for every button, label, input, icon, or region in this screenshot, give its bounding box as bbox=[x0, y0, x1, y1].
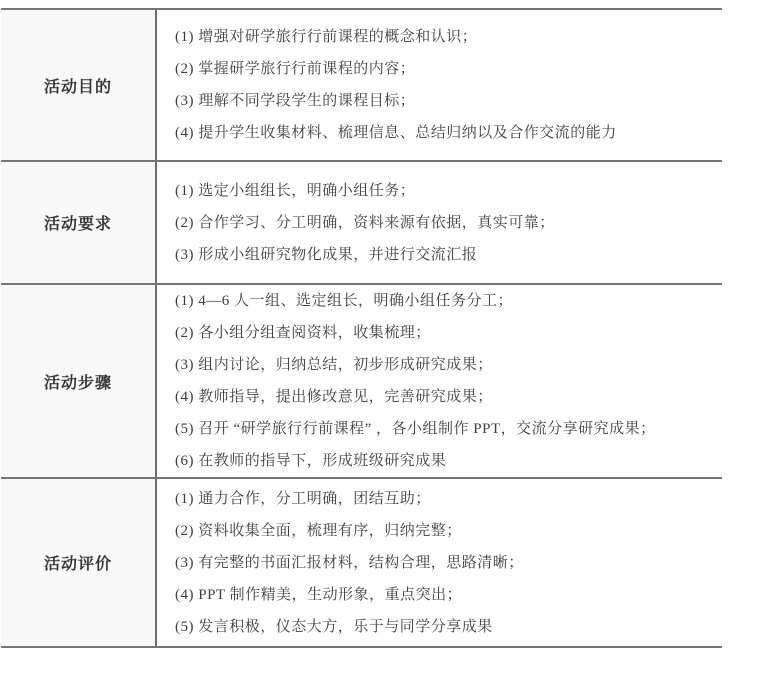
row-label: 活动要求 bbox=[44, 211, 112, 234]
list-item: (2) 掌握研学旅行行前课程的内容； bbox=[175, 53, 714, 85]
row-content-cell: (1) 增强对研学旅行行前课程的概念和认识； (2) 掌握研学旅行行前课程的内容… bbox=[157, 10, 722, 160]
list-item: (4) 提升学生收集材料、梳理信息、总结归纳以及合作交流的能力 bbox=[175, 117, 714, 149]
list-item: (2) 资料收集全面，梳理有序，归纳完整； bbox=[175, 515, 714, 547]
table-row-steps: 活动步骤 (1) 4—6 人一组、选定组长，明确小组任务分工； (2) 各小组分… bbox=[1, 285, 722, 479]
list-item: (3) 组内讨论，归纳总结，初步形成研究成果； bbox=[175, 349, 714, 381]
row-label-cell: 活动步骤 bbox=[1, 285, 157, 477]
list-item: (3) 形成小组研究物化成果，并进行交流汇报 bbox=[175, 239, 714, 271]
row-label-cell: 活动评价 bbox=[1, 479, 157, 646]
row-content-cell: (1) 选定小组组长，明确小组任务； (2) 合作学习、分工明确，资料来源有依据… bbox=[157, 162, 722, 283]
list-item: (1) 选定小组组长，明确小组任务； bbox=[175, 175, 714, 207]
list-item: (5) 发言积极，仪态大方，乐于与同学分享成果 bbox=[175, 611, 714, 643]
list-item: (4) PPT 制作精美，生动形象，重点突出； bbox=[175, 579, 714, 611]
row-label-cell: 活动要求 bbox=[1, 162, 157, 283]
activity-table: 活动目的 (1) 增强对研学旅行行前课程的概念和认识； (2) 掌握研学旅行行前… bbox=[1, 8, 722, 648]
list-item: (4) 教师指导，提出修改意见，完善研究成果； bbox=[175, 381, 714, 413]
list-item: (2) 各小组分组查阅资料，收集梳理； bbox=[175, 317, 714, 349]
table-row-goals: 活动目的 (1) 增强对研学旅行行前课程的概念和认识； (2) 掌握研学旅行行前… bbox=[1, 10, 722, 162]
list-item: (1) 通力合作，分工明确，团结互助； bbox=[175, 483, 714, 515]
row-label: 活动评价 bbox=[44, 551, 112, 574]
row-label: 活动目的 bbox=[44, 74, 112, 97]
row-label-cell: 活动目的 bbox=[1, 10, 157, 160]
list-item: (5) 召开 “研学旅行行前课程” ，各小组制作 PPT，交流分享研究成果； bbox=[175, 413, 714, 445]
row-content-cell: (1) 4—6 人一组、选定组长，明确小组任务分工； (2) 各小组分组查阅资料… bbox=[157, 285, 722, 477]
list-item: (3) 有完整的书面汇报材料，结构合理，思路清晰； bbox=[175, 547, 714, 579]
table-row-requirements: 活动要求 (1) 选定小组组长，明确小组任务； (2) 合作学习、分工明确，资料… bbox=[1, 162, 722, 285]
list-item: (1) 增强对研学旅行行前课程的概念和认识； bbox=[175, 21, 714, 53]
list-item: (1) 4—6 人一组、选定组长，明确小组任务分工； bbox=[175, 285, 714, 317]
row-content-cell: (1) 通力合作，分工明确，团结互助； (2) 资料收集全面，梳理有序，归纳完整… bbox=[157, 479, 722, 646]
list-item: (6) 在教师的指导下，形成班级研究成果 bbox=[175, 445, 714, 477]
list-item: (2) 合作学习、分工明确，资料来源有依据，真实可靠； bbox=[175, 207, 714, 239]
list-item: (3) 理解不同学段学生的课程目标； bbox=[175, 85, 714, 117]
table-row-evaluation: 活动评价 (1) 通力合作，分工明确，团结互助； (2) 资料收集全面，梳理有序… bbox=[1, 479, 722, 646]
row-label: 活动步骤 bbox=[44, 370, 112, 393]
